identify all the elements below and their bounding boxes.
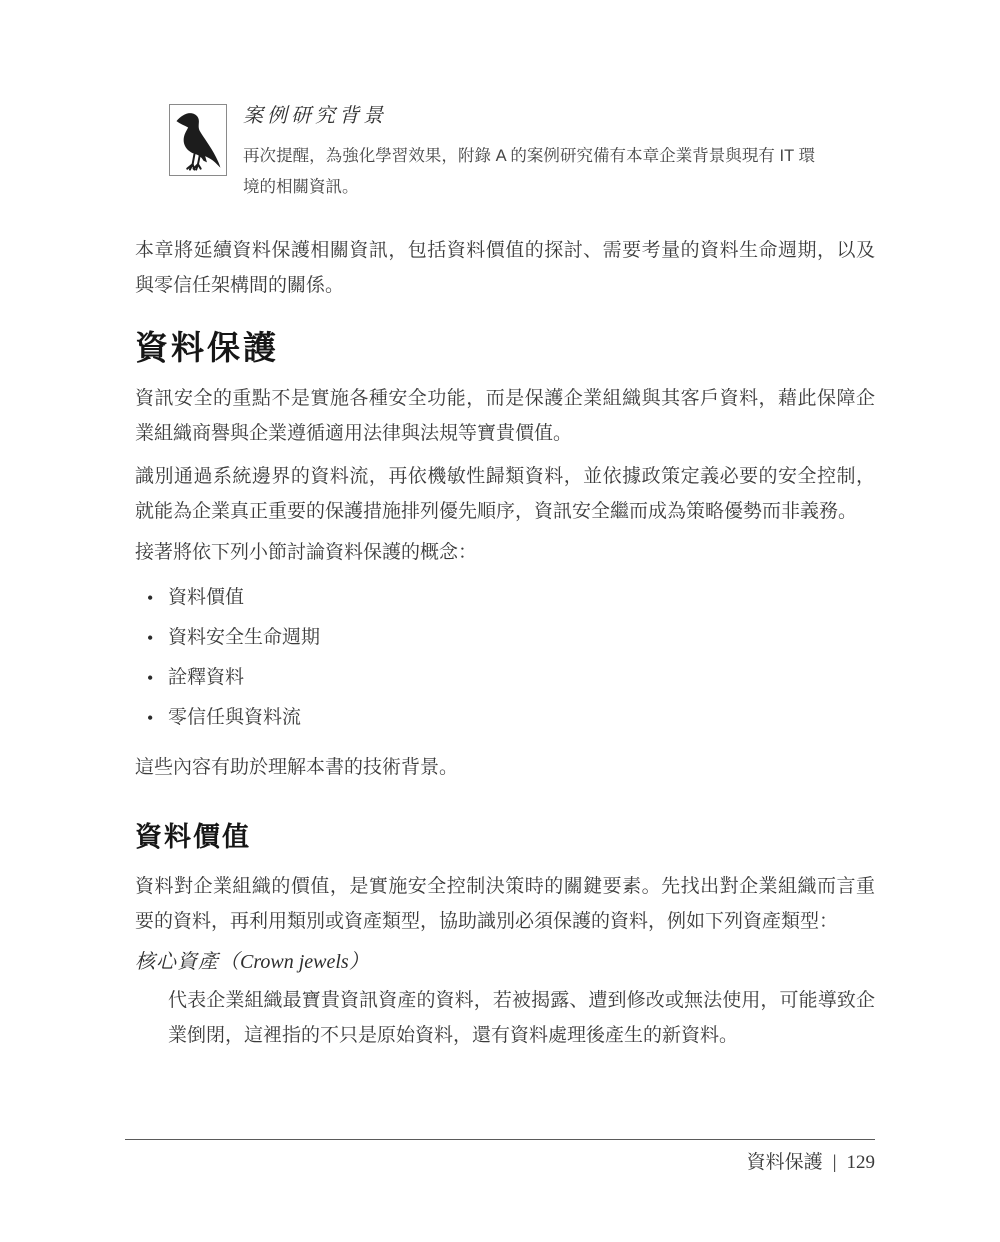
crow-icon bbox=[169, 104, 227, 176]
note-title: 案例研究背景 bbox=[243, 104, 815, 128]
data-protection-paragraph-1: 資訊安全的重點不是實施各種安全功能，而是保護企業組織與其客戶資料，藉此保障企業組… bbox=[135, 381, 875, 451]
data-protection-paragraph-2: 識別通過系統邊界的資料流，再依機敏性歸類資料，並依據政策定義必要的安全控制，就能… bbox=[135, 459, 875, 529]
note-text: 再次提醒，為強化學習效果，附錄 A 的案例研究備有本章企業背景與現有 IT 環境… bbox=[243, 141, 815, 203]
term-definition: 代表企業組織最寶貴資訊資產的資料，若被揭露、遭到修改或無法使用，可能導致企業倒閉… bbox=[168, 983, 875, 1053]
footer-separator: | bbox=[833, 1152, 837, 1174]
list-item: 資料安全生命週期 bbox=[135, 626, 875, 650]
section-heading-data-protection: 資料保護 bbox=[135, 329, 875, 367]
list-item: 資料價值 bbox=[135, 586, 875, 610]
footer-section-title: 資料保護 bbox=[747, 1152, 823, 1173]
term-close: ） bbox=[349, 951, 370, 973]
footer-page-number: 129 bbox=[847, 1152, 876, 1173]
page-content: 案例研究背景 再次提醒，為強化學習效果，附錄 A 的案例研究備有本章企業背景與現… bbox=[135, 0, 875, 1053]
term-en: Crown jewels bbox=[240, 951, 349, 973]
topic-list-outro: 這些內容有助於理解本書的技術背景。 bbox=[135, 750, 875, 785]
chapter-intro-paragraph: 本章將延續資料保護相關資訊，包括資料價值的探討、需要考量的資料生命週期，以及與零… bbox=[135, 233, 875, 303]
term-crown-jewels: 核心資產（Crown jewels） bbox=[135, 949, 875, 975]
list-item: 詮釋資料 bbox=[135, 666, 875, 690]
case-study-note: 案例研究背景 再次提醒，為強化學習效果，附錄 A 的案例研究備有本章企業背景與現… bbox=[135, 104, 875, 203]
section-heading-data-value: 資料價值 bbox=[135, 821, 875, 853]
topic-list-intro: 接著將依下列小節討論資料保護的概念： bbox=[135, 535, 875, 570]
book-page: 案例研究背景 再次提醒，為強化學習效果，附錄 A 的案例研究備有本章企業背景與現… bbox=[0, 0, 1000, 1242]
note-body-block: 案例研究背景 再次提醒，為強化學習效果，附錄 A 的案例研究備有本章企業背景與現… bbox=[243, 104, 815, 203]
list-item: 零信任與資料流 bbox=[135, 706, 875, 730]
data-value-paragraph: 資料對企業組織的價值，是實施安全控制決策時的關鍵要素。先找出對企業組織而言重要的… bbox=[135, 869, 875, 939]
page-footer: 資料保護|129 bbox=[125, 1139, 875, 1174]
topic-list: 資料價值 資料安全生命週期 詮釋資料 零信任與資料流 bbox=[135, 586, 875, 730]
term-zh: 核心資產（ bbox=[135, 951, 240, 973]
